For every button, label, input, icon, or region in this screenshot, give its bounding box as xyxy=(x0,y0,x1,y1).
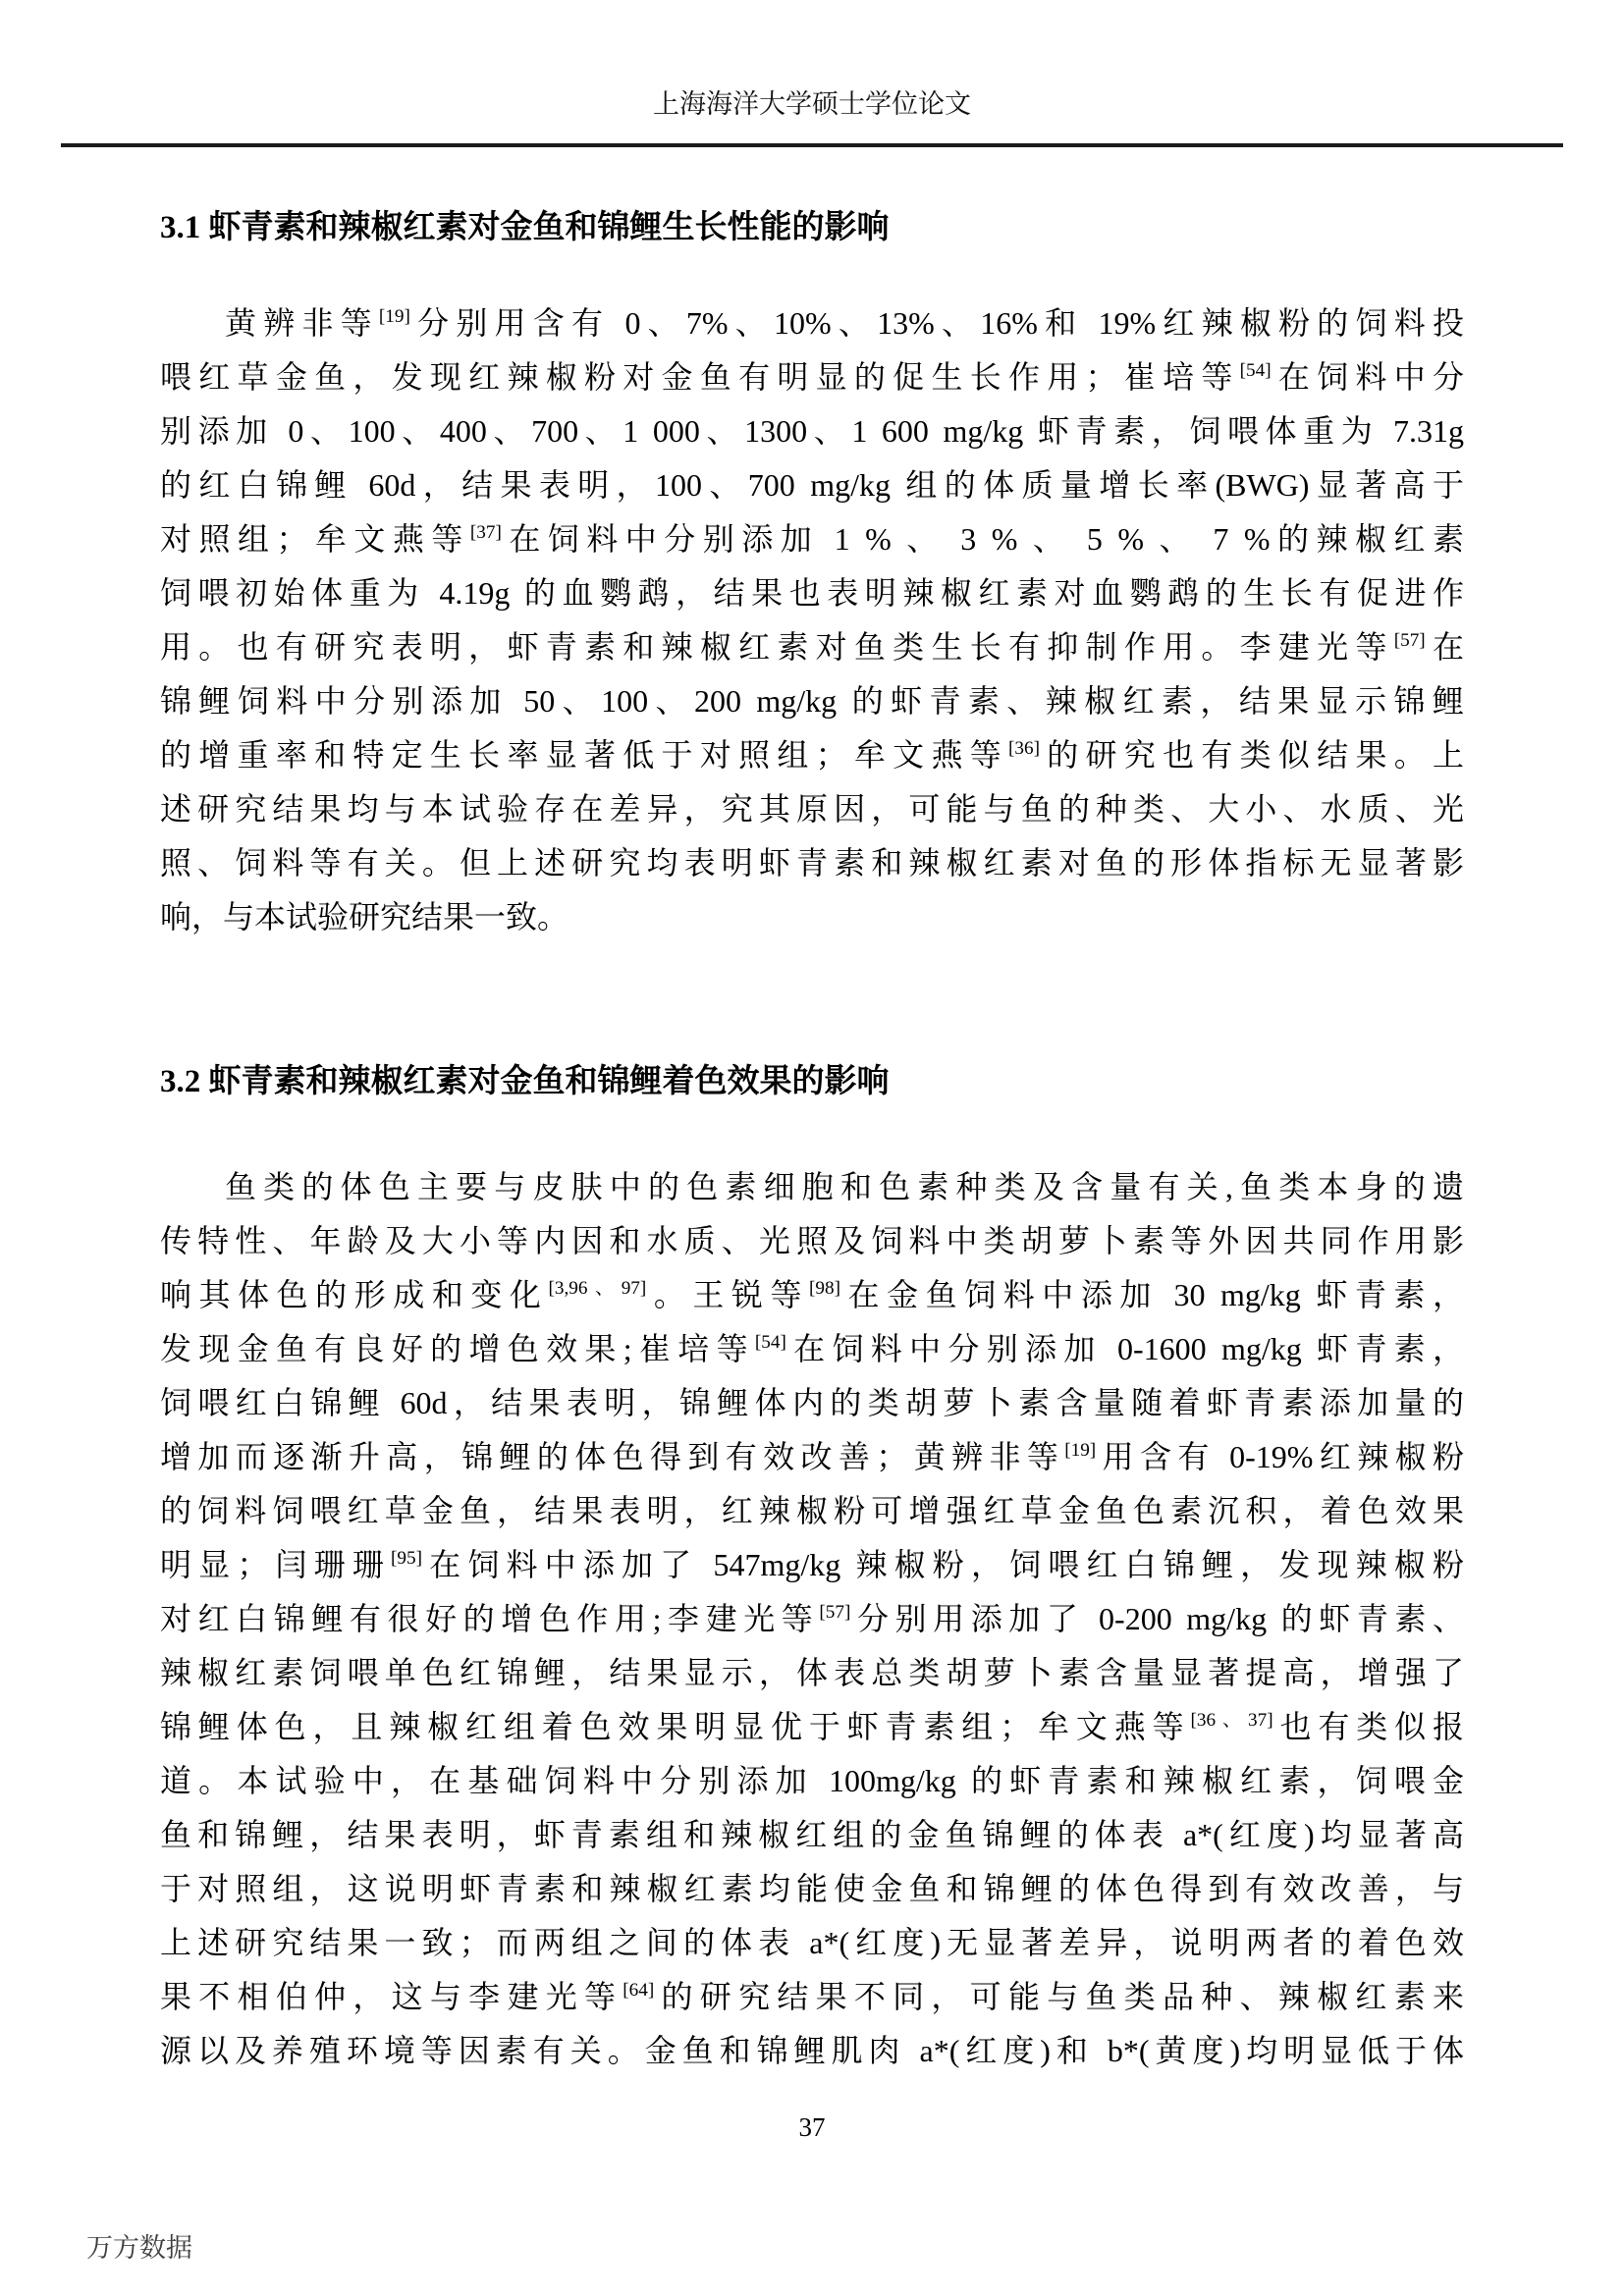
text-run: 分别用含有 0、7%、10%、13%、16%和 19%红辣椒粉的饲料投 xyxy=(410,305,1464,341)
text-run: 道。本试验中，在基础饲料中分别添加 100mg/kg 的虾青素和辣椒红素，饲喂金 xyxy=(160,1763,1464,1798)
text-run: 。王锐等 xyxy=(646,1277,809,1312)
citation-superscript: [64] xyxy=(623,1980,654,2001)
text-run: 辣椒红素饲喂单色红锦鲤，结果显示，体表总类胡萝卜素含量显著提高，增强了 xyxy=(160,1655,1464,1690)
text-run: 用含有 0-19%红辣椒粉 xyxy=(1096,1439,1464,1474)
text-run: 的增重率和特定生长率显著低于对照组；牟文燕等 xyxy=(160,737,1008,773)
citation-superscript: [54] xyxy=(755,1332,786,1353)
paragraph-line: 道。本试验中，在基础饲料中分别添加 100mg/kg 的虾青素和辣椒红素，饲喂金 xyxy=(160,1754,1464,1808)
text-run: 的研究也有类似结果。上 xyxy=(1040,737,1464,773)
paragraph-line: 果不相伯仲，这与李建光等[64]的研究结果不同，可能与鱼类品种、辣椒红素来 xyxy=(160,1970,1464,2024)
text-run: 饲喂红白锦鲤 60d，结果表明，锦鲤体内的类胡萝卜素含量随着虾青素添加量的 xyxy=(160,1385,1464,1420)
paragraph-line: 对照组；牟文燕等[37]在饲料中分别添加 1 % 、 3 % 、 5 % 、 7… xyxy=(160,512,1464,566)
text-run: 的研究结果不同，可能与鱼类品种、辣椒红素来 xyxy=(654,1979,1464,2014)
paragraph-line: 响，与本试验研究结果一致。 xyxy=(160,890,1464,944)
citation-superscript: [37] xyxy=(470,522,502,543)
paragraph-line: 喂红草金鱼，发现红辣椒粉对金鱼有明显的促生长作用；崔培等[54]在饲料中分 xyxy=(160,350,1464,404)
paragraph-line: 辣椒红素饲喂单色红锦鲤，结果显示，体表总类胡萝卜素含量显著提高，增强了 xyxy=(160,1646,1464,1700)
citation-superscript: [54] xyxy=(1240,360,1272,381)
citation-superscript: [57] xyxy=(819,1602,850,1623)
paragraph-line: 于对照组，这说明虾青素和辣椒红素均能使金鱼和锦鲤的体色得到有效改善，与 xyxy=(160,1862,1464,1916)
text-run: 于对照组，这说明虾青素和辣椒红素均能使金鱼和锦鲤的体色得到有效改善，与 xyxy=(160,1871,1464,1906)
paragraph-line: 饲喂初始体重为 4.19g 的血鹦鹉，结果也表明辣椒红素对血鹦鹉的生长有促进作 xyxy=(160,566,1464,620)
paragraph-line: 的增重率和特定生长率显著低于对照组；牟文燕等[36]的研究也有类似结果。上 xyxy=(160,728,1464,782)
text-run: 传特性、年龄及大小等内因和水质、光照及饲料中类胡萝卜素等外因共同作用影 xyxy=(160,1223,1464,1258)
paragraph-line: 对红白锦鲤有很好的增色作用;李建光等[57]分别用添加了 0-200 mg/kg… xyxy=(160,1592,1464,1646)
paragraph-line: 饲喂红白锦鲤 60d，结果表明，锦鲤体内的类胡萝卜素含量随着虾青素添加量的 xyxy=(160,1376,1464,1430)
section-3-1-heading: 3.1 虾青素和辣椒红素对金鱼和锦鲤生长性能的影响 xyxy=(160,204,1464,251)
paragraph-line: 的红白锦鲤 60d，结果表明，100、700 mg/kg 组的体质量增长率(BW… xyxy=(160,458,1464,512)
text-run: 在饲料中分别添加 1 % 、 3 % 、 5 % 、 7 %的辣椒红素 xyxy=(502,521,1464,557)
text-run: 鱼类的体色主要与皮肤中的色素细胞和色素种类及含量有关,鱼类本身的遗 xyxy=(225,1169,1464,1204)
paragraph-line: 锦鲤饲料中分别添加 50、100、200 mg/kg 的虾青素、辣椒红素，结果显… xyxy=(160,674,1464,728)
citation-superscript: [36、37] xyxy=(1191,1710,1273,1731)
text-run: 源以及养殖环境等因素有关。金鱼和锦鲤肌肉 a*(红度)和 b*(黄度)均明显低于… xyxy=(160,2033,1464,2068)
text-run: 在 xyxy=(1426,629,1464,665)
text-run: 鱼和锦鲤，结果表明，虾青素组和辣椒红组的金鱼锦鲤的体表 a*(红度)均显著高 xyxy=(160,1817,1464,1852)
text-run: 黄辨非等 xyxy=(225,305,379,341)
text-run: 响，与本试验研究结果一致。 xyxy=(160,899,568,934)
citation-superscript: [95] xyxy=(391,1548,422,1569)
paragraph-line: 用。也有研究表明，虾青素和辣椒红素对鱼类生长有抑制作用。李建光等[57]在 xyxy=(160,620,1464,674)
text-run: 对红白锦鲤有很好的增色作用;李建光等 xyxy=(160,1601,819,1636)
citation-superscript: [57] xyxy=(1394,630,1426,651)
wanfang-watermark: 万方数据 xyxy=(86,2226,192,2265)
paragraph-line: 的饲料饲喂红草金鱼，结果表明，红辣椒粉可增强红草金鱼色素沉积，着色效果 xyxy=(160,1484,1464,1538)
text-run: 的饲料饲喂红草金鱼，结果表明，红辣椒粉可增强红草金鱼色素沉积，着色效果 xyxy=(160,1493,1464,1528)
text-run: 对照组；牟文燕等 xyxy=(160,521,470,557)
paragraph-line: 发现金鱼有良好的增色效果;崔培等[54]在饲料中分别添加 0-1600 mg/k… xyxy=(160,1322,1464,1376)
text-run: 述研究结果均与本试验存在差异，究其原因，可能与鱼的种类、大小、水质、光 xyxy=(160,791,1464,827)
page-header: 上海海洋大学硕士学位论文 xyxy=(0,0,1624,124)
paragraph-line: 鱼类的体色主要与皮肤中的色素细胞和色素种类及含量有关,鱼类本身的遗 xyxy=(160,1160,1464,1214)
text-run: 饲喂初始体重为 4.19g 的血鹦鹉，结果也表明辣椒红素对血鹦鹉的生长有促进作 xyxy=(160,575,1464,611)
text-run: 锦鲤体色，且辣椒红组着色效果明显优于虾青素组；牟文燕等 xyxy=(160,1709,1191,1744)
paragraph-line: 照、饲料等有关。但上述研究均表明虾青素和辣椒红素对鱼的形体指标无显著影 xyxy=(160,836,1464,890)
section-3-2-heading: 3.2 虾青素和辣椒红素对金鱼和锦鲤着色效果的影响 xyxy=(160,1058,1464,1105)
text-run: 发现金鱼有良好的增色效果;崔培等 xyxy=(160,1331,755,1366)
paragraph-line: 响其体色的形成和变化[3,96、97]。王锐等[98]在金鱼饲料中添加 30 m… xyxy=(160,1268,1464,1322)
paragraph-line: 上述研究结果一致；而两组之间的体表 a*(红度)无显著差异，说明两者的着色效 xyxy=(160,1916,1464,1970)
text-run: 的红白锦鲤 60d，结果表明，100、700 mg/kg 组的体质量增长率(BW… xyxy=(160,467,1464,503)
text-run: 在金鱼饲料中添加 30 mg/kg 虾青素， xyxy=(840,1277,1464,1312)
text-run: 也有类似报 xyxy=(1273,1709,1464,1744)
paragraph-line: 鱼和锦鲤，结果表明，虾青素组和辣椒红组的金鱼锦鲤的体表 a*(红度)均显著高 xyxy=(160,1808,1464,1862)
text-run: 喂红草金鱼，发现红辣椒粉对金鱼有明显的促生长作用；崔培等 xyxy=(160,359,1240,395)
paragraph-line: 源以及养殖环境等因素有关。金鱼和锦鲤肌肉 a*(红度)和 b*(黄度)均明显低于… xyxy=(160,2024,1464,2078)
paragraph-line: 述研究结果均与本试验存在差异，究其原因，可能与鱼的种类、大小、水质、光 xyxy=(160,782,1464,836)
paragraph-line: 锦鲤体色，且辣椒红组着色效果明显优于虾青素组；牟文燕等[36、37]也有类似报 xyxy=(160,1700,1464,1754)
page-number: 37 xyxy=(160,2108,1464,2147)
header-divider xyxy=(61,143,1563,147)
section-3-1-paragraph: 黄辨非等[19]分别用含有 0、7%、10%、13%、16%和 19%红辣椒粉的… xyxy=(160,296,1464,944)
text-run: 在饲料中分别添加 0-1600 mg/kg 虾青素， xyxy=(786,1331,1464,1366)
text-run: 果不相伯仲，这与李建光等 xyxy=(160,1979,623,2014)
paragraph-line: 增加而逐渐升高，锦鲤的体色得到有效改善；黄辨非等[19]用含有 0-19%红辣椒… xyxy=(160,1430,1464,1484)
citation-superscript: [98] xyxy=(809,1278,840,1299)
text-run: 照、饲料等有关。但上述研究均表明虾青素和辣椒红素对鱼的形体指标无显著影 xyxy=(160,845,1464,881)
paragraph-line: 传特性、年龄及大小等内因和水质、光照及饲料中类胡萝卜素等外因共同作用影 xyxy=(160,1214,1464,1268)
section-3-2-paragraph: 鱼类的体色主要与皮肤中的色素细胞和色素种类及含量有关,鱼类本身的遗传特性、年龄及… xyxy=(160,1160,1464,2078)
paragraph-line: 黄辨非等[19]分别用含有 0、7%、10%、13%、16%和 19%红辣椒粉的… xyxy=(160,296,1464,350)
text-run: 在饲料中添加了 547mg/kg 辣椒粉，饲喂红白锦鲤，发现辣椒粉 xyxy=(422,1547,1464,1582)
citation-superscript: [19] xyxy=(379,306,410,327)
text-run: 上述研究结果一致；而两组之间的体表 a*(红度)无显著差异，说明两者的着色效 xyxy=(160,1925,1464,1960)
text-run: 锦鲤饲料中分别添加 50、100、200 mg/kg 的虾青素、辣椒红素，结果显… xyxy=(160,683,1464,719)
citation-superscript: [19] xyxy=(1064,1440,1096,1461)
page-body: 3.1 虾青素和辣椒红素对金鱼和锦鲤生长性能的影响 黄辨非等[19]分别用含有 … xyxy=(160,204,1464,2147)
text-run: 增加而逐渐升高，锦鲤的体色得到有效改善；黄辨非等 xyxy=(160,1439,1064,1474)
paragraph-line: 别添加 0、100、400、700、1 000、1300、1 600 mg/kg… xyxy=(160,404,1464,458)
text-run: 明显；闫珊珊 xyxy=(160,1547,391,1582)
text-run: 在饲料中分 xyxy=(1272,359,1464,395)
text-run: 响其体色的形成和变化 xyxy=(160,1277,548,1312)
text-run: 别添加 0、100、400、700、1 000、1300、1 600 mg/kg… xyxy=(160,413,1464,449)
text-run: 分别用添加了 0-200 mg/kg 的虾青素、 xyxy=(850,1601,1464,1636)
thesis-header-title: 上海海洋大学硕士学位论文 xyxy=(653,89,971,119)
citation-superscript: [36] xyxy=(1008,738,1040,759)
text-run: 用。也有研究表明，虾青素和辣椒红素对鱼类生长有抑制作用。李建光等 xyxy=(160,629,1394,665)
citation-superscript: [3,96、97] xyxy=(548,1278,646,1299)
paragraph-line: 明显；闫珊珊[95]在饲料中添加了 547mg/kg 辣椒粉，饲喂红白锦鲤，发现… xyxy=(160,1538,1464,1592)
